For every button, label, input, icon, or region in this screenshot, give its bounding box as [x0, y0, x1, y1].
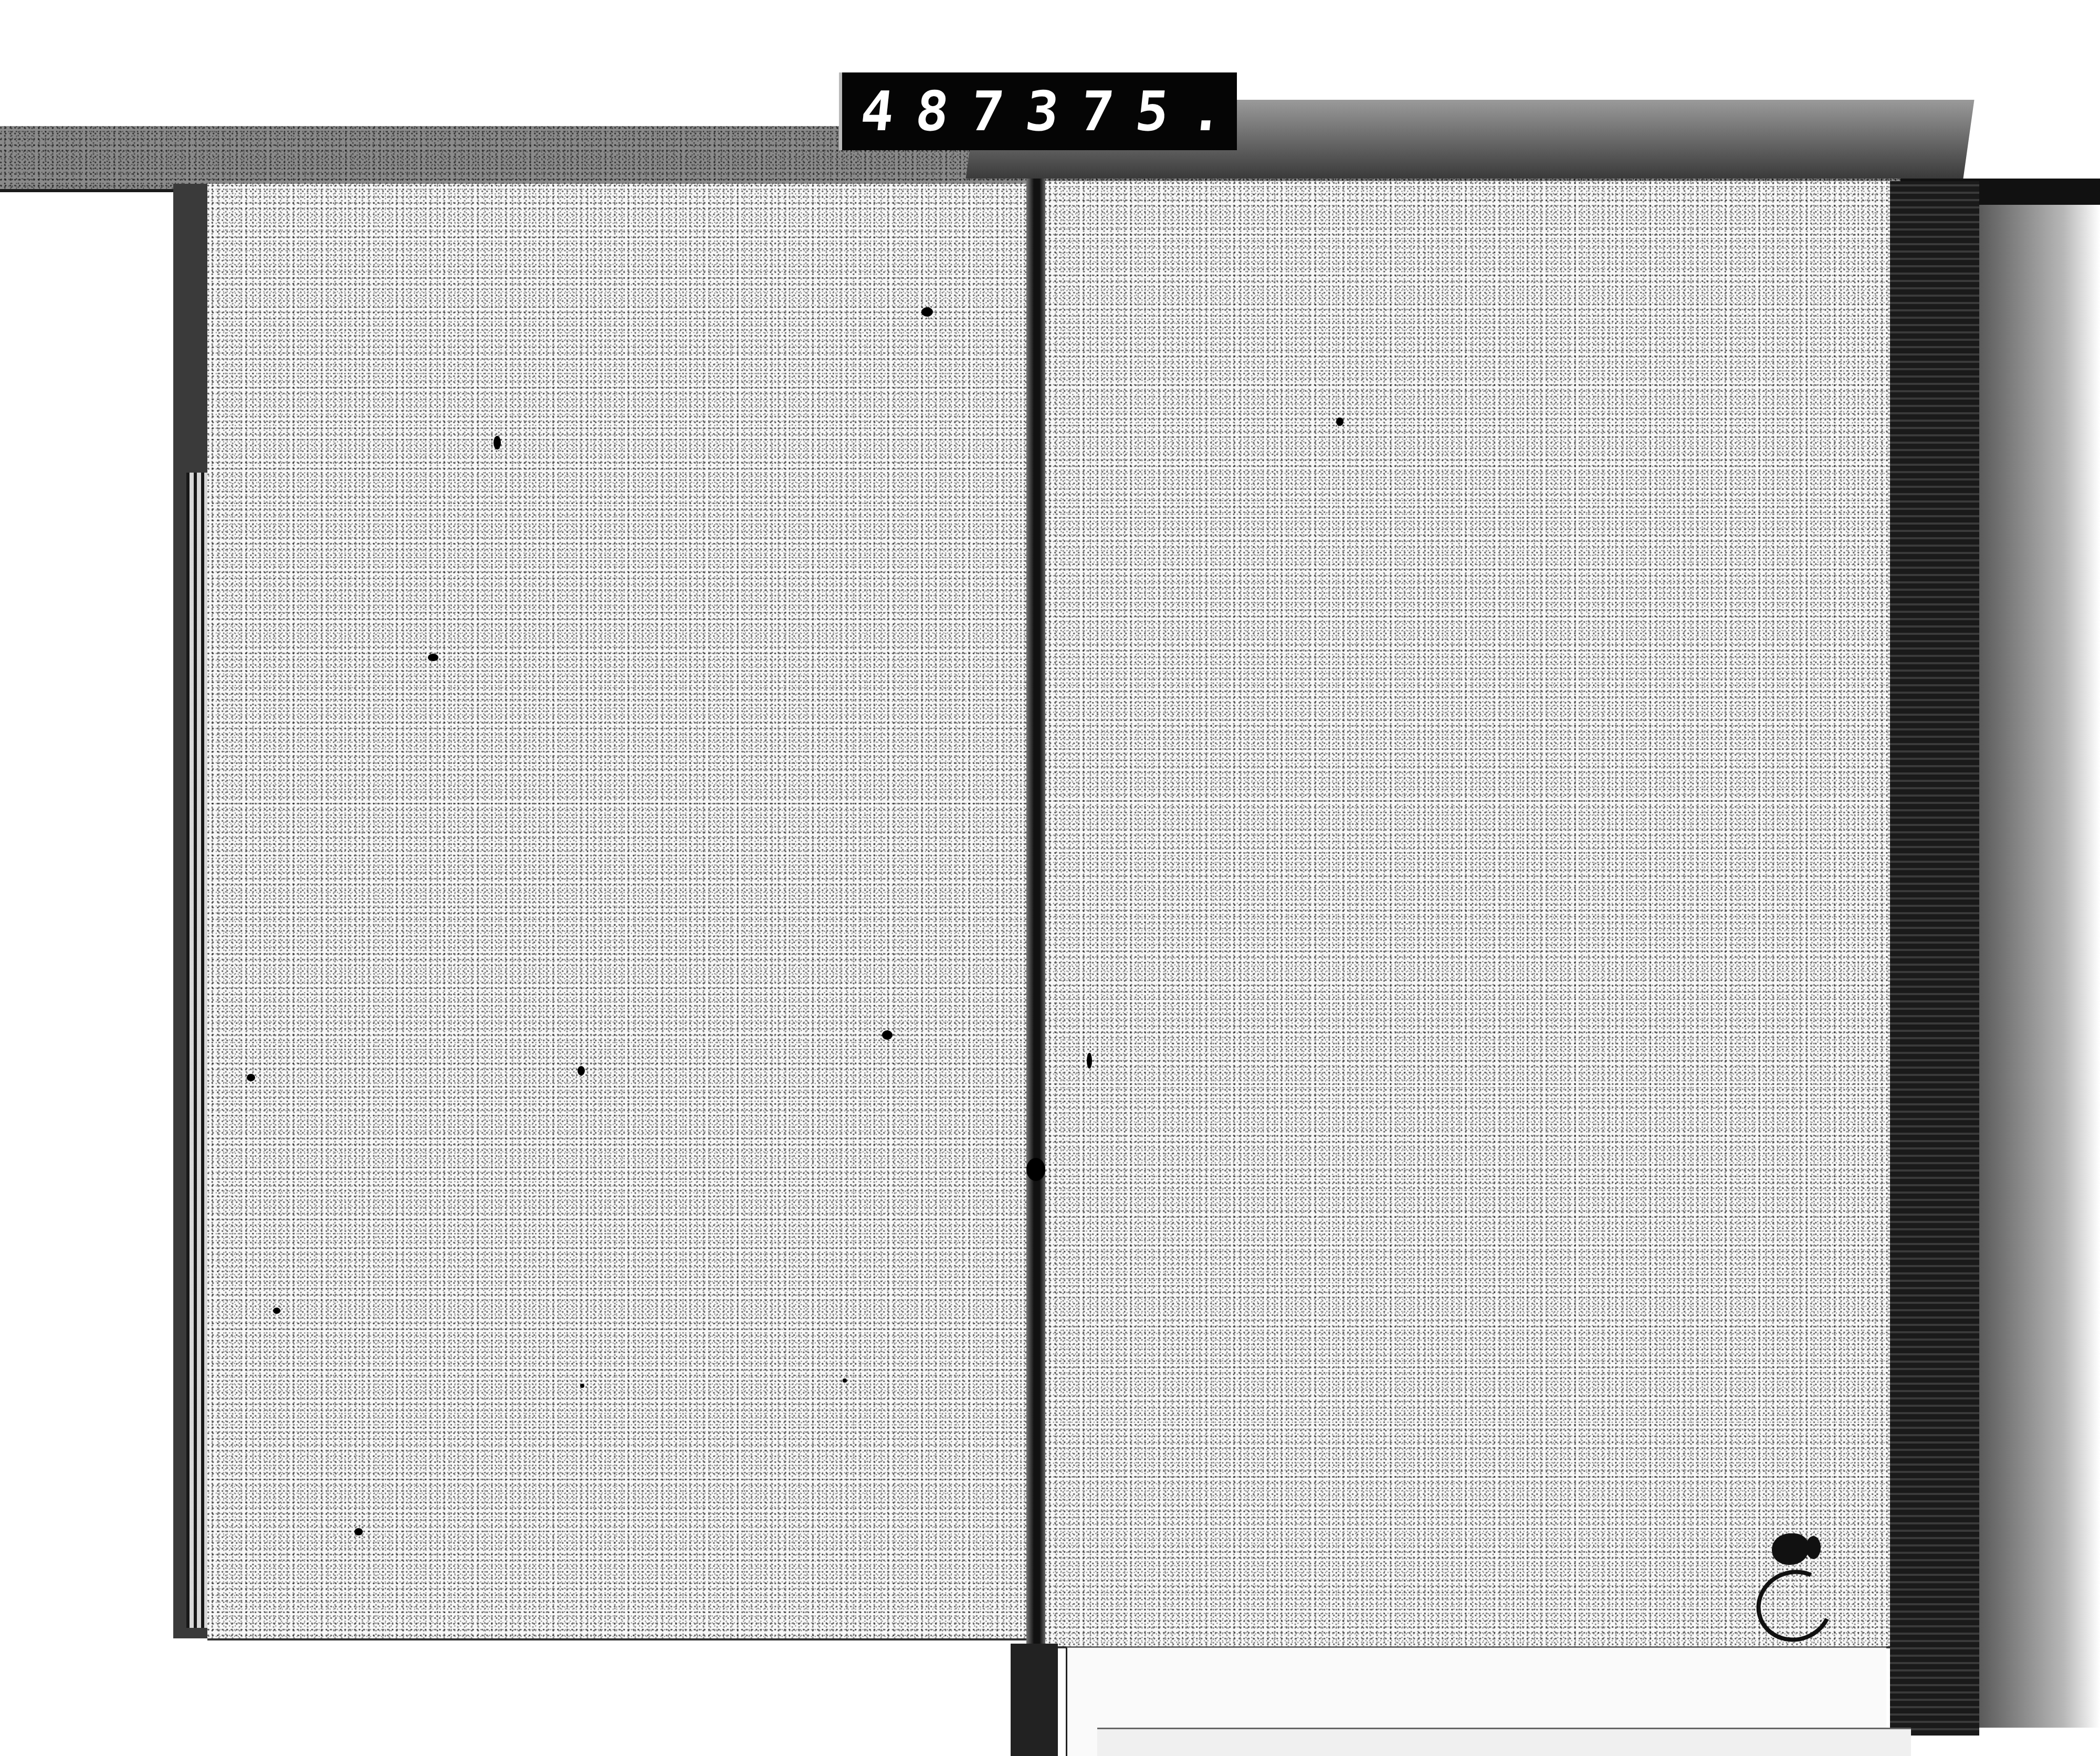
paper-speck — [577, 1066, 585, 1075]
book-gutter — [1026, 179, 1045, 1649]
seal-stamp-blot — [1772, 1533, 1809, 1565]
right-page-stack-edge — [1890, 181, 1979, 1736]
paper-speck — [273, 1308, 280, 1314]
frame-number-left: 487 — [858, 79, 1030, 143]
left-page — [207, 184, 1026, 1640]
paper-speck — [493, 436, 501, 450]
right-shadow — [1979, 205, 2100, 1728]
paper-speck — [428, 654, 438, 661]
paper-speck — [843, 1378, 847, 1383]
paper-speck — [354, 1528, 363, 1535]
paper-speck — [1087, 1053, 1092, 1069]
gutter-lower-shadow — [1011, 1644, 1058, 1756]
right-page — [1045, 181, 1893, 1648]
paper-speck — [1336, 417, 1343, 426]
paper-speck — [580, 1384, 584, 1388]
lower-page-layer-2 — [1097, 1728, 1911, 1756]
frame-number-right: 375. — [1022, 79, 1248, 143]
paper-speck — [247, 1074, 255, 1081]
frame-number-label: 487 375. — [839, 72, 1237, 150]
paper-speck — [882, 1030, 892, 1040]
seal-stamp-blot — [1806, 1536, 1821, 1559]
paper-speck — [921, 307, 933, 317]
binding-thread-knot — [1026, 1158, 1045, 1181]
microfilm-frame: 487 375. — [0, 0, 2100, 1756]
